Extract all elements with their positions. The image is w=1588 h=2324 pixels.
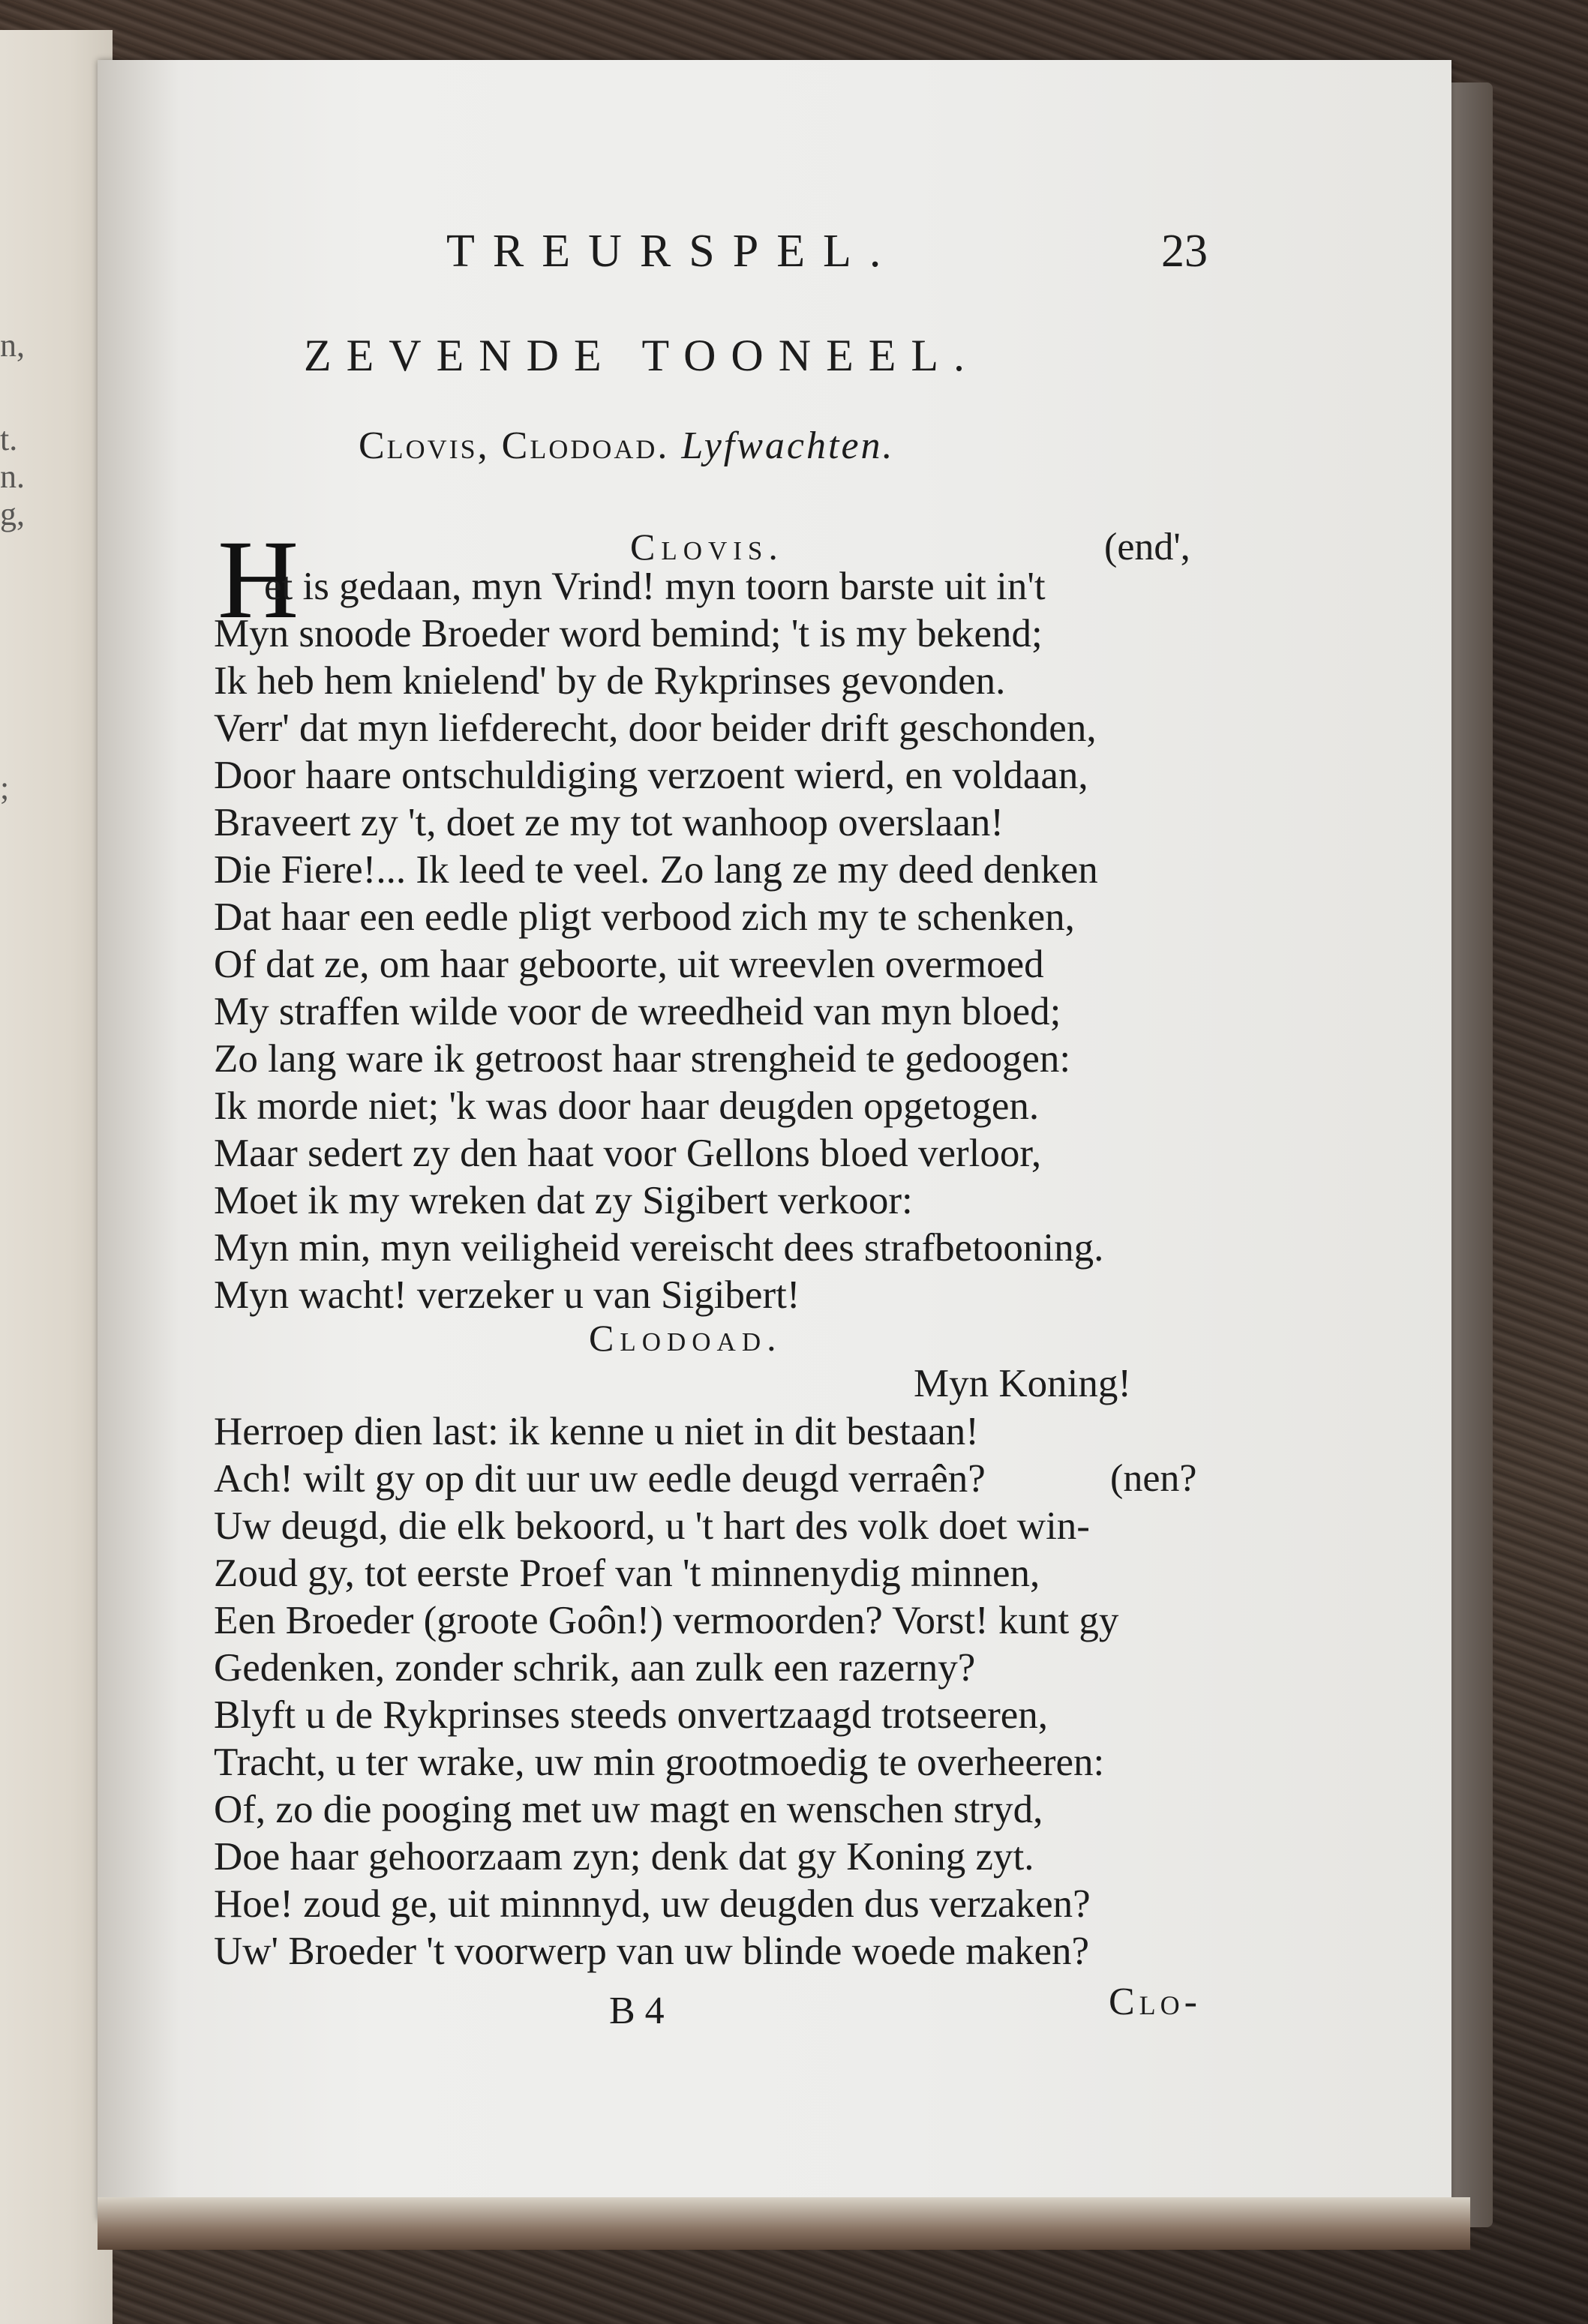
- verse-line: Zoud gy, tot eerste Proef van 't minneny…: [214, 1551, 1040, 1596]
- verse-line-indented: Myn Koning!: [914, 1361, 1131, 1406]
- verse-line: Myn min, myn veiligheid vereischt dees s…: [214, 1225, 1103, 1270]
- verse-overflow: (nen?: [1110, 1456, 1196, 1501]
- verse-line: Een Broeder (groote Goôn!) vermoorden? V…: [214, 1598, 1118, 1643]
- left-page-fragment: g,: [0, 495, 25, 533]
- left-page-fragment: n.: [0, 457, 25, 496]
- left-page-fragment: n,: [0, 326, 25, 364]
- signature-mark: B 4: [609, 1989, 665, 2033]
- left-page-fragment: ;: [0, 769, 9, 807]
- verse-line: Ik morde niet; 'k was door haar deugden …: [214, 1084, 1039, 1129]
- verse-line: Ach! wilt gy op dit uur uw eedle deugd v…: [214, 1456, 986, 1501]
- verse-line: Ik heb hem knielend' by de Rykprinses ge…: [214, 658, 1005, 703]
- verse-line: Maar sedert zy den haat voor Gellons blo…: [214, 1131, 1041, 1176]
- verse-line: Door haare ontschuldiging verzoent wierd…: [214, 753, 1088, 798]
- speaker-label: Clovis.: [630, 525, 784, 568]
- verse-line: Of, zo die pooging met uw magt en wensch…: [214, 1787, 1043, 1832]
- catchword: Clo-: [1109, 1980, 1202, 2024]
- verse-line: Verr' dat myn liefderecht, door beider d…: [214, 706, 1097, 751]
- verse-line: Myn wacht! verzeker u van Sigibert!: [214, 1273, 800, 1318]
- cast-list: Clovis, Clodoad. Lyfwachten.: [359, 424, 895, 468]
- page-number: 23: [1161, 225, 1208, 278]
- left-page-edge: n, t. n. g, ;: [0, 30, 113, 2324]
- left-page-fragment: t.: [0, 420, 17, 458]
- scene-title: ZEVENDE TOONEEL.: [304, 330, 980, 382]
- verse-line: Hoe! zoud ge, uit minnnyd, uw deugden du…: [214, 1882, 1091, 1927]
- page-bottom-edge: [98, 2197, 1470, 2250]
- cast-characters: Clovis, Clodoad.: [359, 424, 669, 467]
- verse-line: Moet ik my wreken dat zy Sigibert verkoo…: [214, 1178, 913, 1223]
- verse-line: My straffen wilde voor de wreedheid van …: [214, 989, 1061, 1034]
- cast-extras: Lyfwachten.: [681, 424, 894, 467]
- verse-line: Braveert zy 't, doet ze my tot wanhoop o…: [214, 800, 1004, 845]
- verse-line: Blyft u de Rykprinses steeds onvertzaagd…: [214, 1693, 1048, 1738]
- verse-line: Gedenken, zonder schrik, aan zulk een ra…: [214, 1645, 975, 1690]
- verse-line: Herroep dien last: ik kenne u niet in di…: [214, 1409, 979, 1454]
- verse-line: Dat haar een eedle pligt verbood zich my…: [214, 895, 1075, 940]
- verse-line: et is gedaan, myn Vrind! myn toorn barst…: [264, 564, 1046, 609]
- verse-line: Uw' Broeder 't voorwerp van uw blinde wo…: [214, 1929, 1089, 1974]
- verse-line: Tracht, u ter wrake, uw min grootmoedig …: [214, 1740, 1104, 1785]
- running-head: TREURSPEL.: [446, 225, 899, 278]
- verse-line: Die Fiere!... Ik leed te veel. Zo lang z…: [214, 847, 1098, 892]
- verse-line: Myn snoode Broeder word bemind; 't is my…: [214, 611, 1043, 656]
- verse-overflow: (end',: [1104, 525, 1190, 569]
- verse-line: Of dat ze, om haar geboorte, uit wreevle…: [214, 942, 1044, 987]
- verse-line: Zo lang ware ik getroost haar strengheid…: [214, 1036, 1070, 1081]
- verse-line: Doe haar gehoorzaam zyn; denk dat gy Kon…: [214, 1834, 1034, 1879]
- verse-line: Uw deugd, die elk bekoord, u 't hart des…: [214, 1504, 1090, 1549]
- speaker-label: Clodoad.: [589, 1316, 782, 1360]
